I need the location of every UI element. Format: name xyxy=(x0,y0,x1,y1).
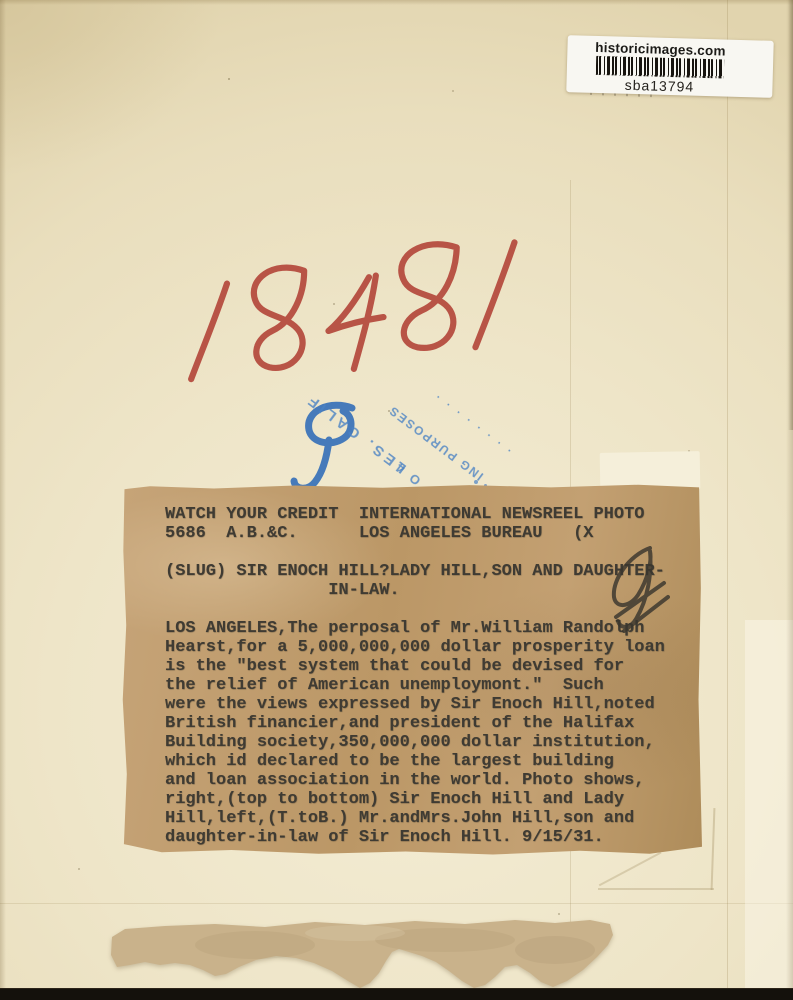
torn-surface-patch xyxy=(600,451,701,491)
digit-8 xyxy=(249,266,312,370)
stamp-ink-speck xyxy=(474,480,478,484)
digit-8b xyxy=(396,242,465,349)
digit-1 xyxy=(183,284,235,379)
scan-right-edge-shadow xyxy=(788,0,793,430)
torn-paper-fragment xyxy=(105,915,625,995)
ghost-crease-diagonal xyxy=(599,852,662,886)
right-light-band xyxy=(745,620,793,992)
barcode-sticker: historicimages.com sba13794 xyxy=(566,35,774,98)
ghost-crease-vertical xyxy=(711,808,715,890)
photo-verso-scan: historicimages.com sba13794 LES. CALIF I… xyxy=(0,0,793,1000)
paper-specks xyxy=(228,78,230,80)
handwritten-number xyxy=(150,233,550,383)
barcode-icon xyxy=(596,56,724,79)
digit-1b xyxy=(467,242,524,347)
scan-bottom-edge xyxy=(0,988,793,1000)
sticker-code-text: sba13794 xyxy=(624,77,694,95)
vertical-crease-right xyxy=(727,0,728,990)
horizontal-crease-bottom xyxy=(0,903,793,904)
pencil-scribble xyxy=(588,535,688,640)
digit-4 xyxy=(324,275,388,371)
ghost-crease-horizontal xyxy=(598,888,714,890)
